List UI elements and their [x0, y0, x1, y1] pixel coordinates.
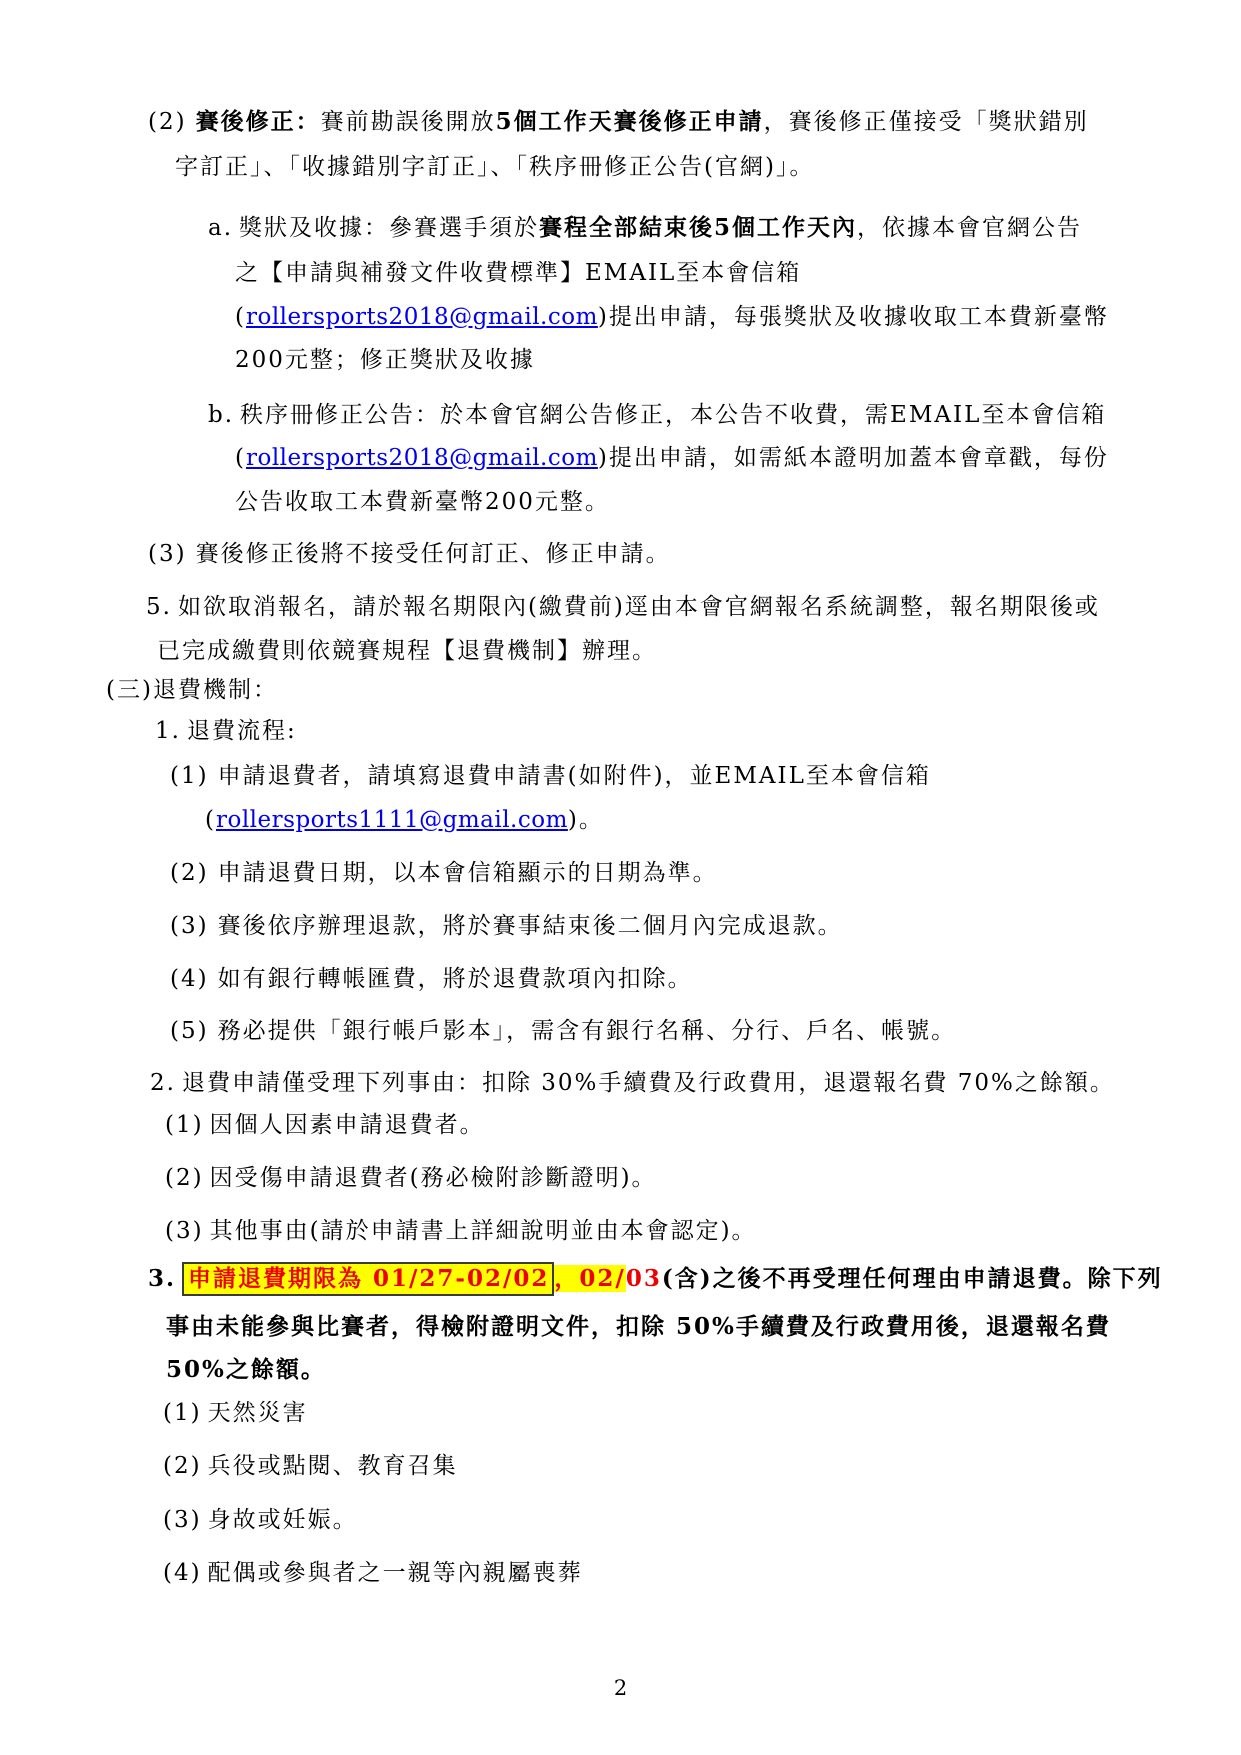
refund-3-line-1: 3.申請退費期限為 01/27-02/02，02/03(含)之後不再受理任何理由… — [148, 1263, 1163, 1295]
paren-open: ( — [235, 304, 246, 330]
refund-1-item-2-label: (2) — [170, 860, 209, 886]
email-link-rollersports2018-b[interactable]: rollersports2018@gmail.com — [246, 445, 598, 471]
refund-3-item-1: (1)天然災害 — [163, 1397, 308, 1429]
item-b-line-1: b.秩序冊修正公告：於本會官網公告修正，本公告不收費，需EMAIL至本會信箱 — [208, 399, 1106, 431]
refund-1-item-5-text: 務必提供「銀行帳戶影本」，需含有銀行名稱、分行、戶名、帳號。 — [218, 1018, 957, 1044]
item-2-cont: 字訂正」、「收據錯別字訂正」、「秩序冊修正公告(官網)」。 — [175, 154, 814, 180]
refund-1-item-1-text: 申請退費者，請填寫退費申請書(如附件)，並EMAIL至本會信箱 — [218, 763, 931, 789]
refund-3-item-2: (2)兵役或點閱、教育召集 — [163, 1450, 458, 1482]
document-page: (2)賽後修正：賽前勘誤後開放5個工作天賽後修正申請，賽後修正僅接受「獎狀錯別 … — [0, 0, 1241, 1755]
refund-1-item-4: (4)如有銀行轉帳匯費，將於退費款項內扣除。 — [170, 963, 693, 995]
refund-2-item-3: (3)其他事由(請於申請書上詳細說明並由本會認定)。 — [165, 1215, 757, 1247]
item-2-line-1: (2)賽後修正：賽前勘誤後開放5個工作天賽後修正申請，賽後修正僅接受「獎狀錯別 — [148, 106, 1089, 138]
refund-1-item-2: (2)申請退費日期，以本會信箱顯示的日期為準。 — [170, 857, 718, 889]
item-2-text: 賽前勘誤後開放 — [321, 109, 496, 135]
refund-3-item-3: (3)身故或妊娠。 — [163, 1504, 358, 1536]
email-link-rollersports2018-a[interactable]: rollersports2018@gmail.com — [246, 304, 598, 330]
refund-1-item-2-text: 申請退費日期，以本會信箱顯示的日期為準。 — [218, 860, 718, 886]
item-a-text-2: ，依據本會官網公告 — [857, 215, 1082, 241]
refund-1-title: 退費流程: — [187, 718, 297, 744]
refund-2-heading: 2.退費申請僅受理下列事由：扣除 30%手續費及行政費用，退還報名費 70%之餘… — [150, 1067, 1115, 1099]
refund-1-item-3-label: (3) — [170, 913, 209, 939]
refund-3-item-4-label: (4) — [163, 1560, 202, 1586]
refund-2-item-2-text: 因受傷申請退費者(務必檢附診斷證明)。 — [210, 1165, 657, 1191]
item-3-label: (3) — [148, 541, 187, 567]
refund-1-item-1-label: (1) — [170, 763, 209, 789]
item-a-line-3: (rollersports2018@gmail.com)提出申請，每張獎狀及收據… — [235, 301, 1109, 333]
item-b-label: b. — [208, 402, 234, 428]
refund-2-label: 2. — [150, 1070, 176, 1096]
item-2-text-tail: ，賽後修正僅接受「獎狀錯別 — [764, 109, 1089, 135]
item-3-line: (3)賽後修正後將不接受任何訂正、修正申請。 — [148, 538, 671, 570]
item-a-text-1: 獎狀及收據：參賽選手須於 — [239, 215, 539, 241]
refund-3-item-2-text: 兵役或點閱、教育召集 — [208, 1453, 458, 1479]
refund-1-item-4-text: 如有銀行轉帳匯費，將於退費款項內扣除。 — [218, 966, 693, 992]
item-2-label: (2) — [148, 109, 187, 135]
item-a-label: a. — [208, 215, 233, 241]
item-5-label: 5. — [146, 594, 172, 620]
item-3-text: 賽後修正後將不接受任何訂正、修正申請。 — [196, 541, 671, 567]
refund-3-item-2-label: (2) — [163, 1453, 202, 1479]
email-link-rollersports1111[interactable]: rollersports1111@gmail.com — [216, 807, 568, 833]
section-3-title: (三)退費機制： — [106, 677, 278, 703]
page-number: 2 — [0, 1676, 1241, 1700]
item-2-bold-days: 5個工作天賽後修正申請 — [496, 108, 764, 135]
refund-3-item-3-text: 身故或妊娠。 — [208, 1507, 358, 1533]
refund-3-item-1-label: (1) — [163, 1400, 202, 1426]
refund-1-item-1-email-line: (rollersports1111@gmail.com)。 — [205, 804, 604, 836]
item-b-line-2: (rollersports2018@gmail.com)提出申請，如需紙本證明加… — [235, 442, 1109, 474]
refund-2-item-1-label: (1) — [165, 1112, 204, 1138]
refund-1-heading: 1.退費流程: — [155, 715, 297, 747]
refund-3-item-4: (4)配偶或參與者之一親等內親屬喪葬 — [163, 1557, 583, 1589]
refund-3-item-1-text: 天然災害 — [208, 1400, 308, 1426]
item-2-line-2: 字訂正」、「收據錯別字訂正」、「秩序冊修正公告(官網)」。 — [175, 151, 814, 183]
item-b-cont-2: 公告收取工本費新臺幣200元整。 — [235, 489, 610, 515]
refund-2-item-1: (1)因個人因素申請退費者。 — [165, 1109, 485, 1141]
refund-deadline-date: 03 — [626, 1265, 662, 1292]
item-5-text-2: 已完成繳費則依競賽規程【退費機制】辦理。 — [157, 638, 657, 664]
item-b-text-1: 秩序冊修正公告：於本會官網公告修正，本公告不收費，需EMAIL至本會信箱 — [240, 402, 1106, 428]
refund-3-line-3: 50%之餘額。 — [166, 1354, 326, 1386]
item-a-bold: 賽程全部結束後5個工作天內 — [539, 214, 857, 241]
item-2-bold-head: 賽後修正： — [196, 108, 321, 135]
item-a-line-4: 200元整；修正獎狀及收據 — [235, 344, 535, 376]
refund-2-item-1-text: 因個人因素申請退費者。 — [210, 1112, 485, 1138]
section-3-heading: (三)退費機制： — [106, 674, 278, 706]
refund-3-line-2: 事由未能參與比賽者，得檢附證明文件，扣除 50%手續費及行政費用後，退還報名費 — [166, 1311, 1111, 1343]
item-5-text-1: 如欲取消報名，請於報名期限內(繳費前)逕由本會官網報名系統調整，報名期限後或 — [178, 594, 1100, 620]
refund-2-item-3-label: (3) — [165, 1218, 204, 1244]
refund-2-title: 退費申請僅受理下列事由：扣除 30%手續費及行政費用，退還報名費 70%之餘額。 — [182, 1070, 1115, 1096]
refund-1-item-5: (5)務必提供「銀行帳戶影本」，需含有銀行名稱、分行、戶名、帳號。 — [170, 1015, 956, 1047]
item-5-line-1: 5.如欲取消報名，請於報名期限內(繳費前)逕由本會官網報名系統調整，報名期限後或 — [146, 591, 1100, 623]
refund-deadline-highlight: ，02/ — [554, 1265, 625, 1292]
item-a-line-2: 之【申請與補發文件收費標準】EMAIL至本會信箱 — [235, 257, 801, 289]
refund-1-item-1-email-tail: )。 — [568, 807, 604, 833]
refund-1-item-3: (3)賽後依序辦理退款，將於賽事結束後二個月內完成退款。 — [170, 910, 843, 942]
refund-3-item-4-text: 配偶或參與者之一親等內親屬喪葬 — [208, 1560, 583, 1586]
refund-2-item-2: (2)因受傷申請退費者(務必檢附診斷證明)。 — [165, 1162, 657, 1194]
item-a-cont-1: 之【申請與補發文件收費標準】EMAIL至本會信箱 — [235, 260, 801, 286]
refund-2-item-3-text: 其他事由(請於申請書上詳細說明並由本會認定)。 — [210, 1218, 757, 1244]
paren-open: ( — [235, 445, 246, 471]
item-b-line-3: 公告收取工本費新臺幣200元整。 — [235, 486, 610, 518]
refund-3-text-2: 事由未能參與比賽者，得檢附證明文件，扣除 50%手續費及行政費用後，退還報名費 — [166, 1313, 1111, 1340]
refund-1-item-4-label: (4) — [170, 966, 209, 992]
item-a-line-1: a.獎狀及收據：參賽選手須於賽程全部結束後5個工作天內，依據本會官網公告 — [208, 212, 1082, 244]
refund-3-label: 3. — [148, 1265, 176, 1292]
refund-1-item-5-label: (5) — [170, 1018, 209, 1044]
refund-3-text-3: 50%之餘額。 — [166, 1356, 326, 1383]
refund-2-item-2-label: (2) — [165, 1165, 204, 1191]
item-5-line-2: 已完成繳費則依競賽規程【退費機制】辦理。 — [157, 635, 657, 667]
item-b-cont-1: )提出申請，如需紙本證明加蓋本會章戳，每份 — [598, 445, 1109, 471]
item-a-cont-2: )提出申請，每張獎狀及收據收取工本費新臺幣 — [598, 304, 1109, 330]
refund-1-item-3-text: 賽後依序辦理退款，將於賽事結束後二個月內完成退款。 — [218, 913, 843, 939]
refund-3-text-1: (含)之後不再受理任何理由申請退費。除下列 — [662, 1265, 1163, 1292]
item-a-cont-3: 200元整；修正獎狀及收據 — [235, 347, 535, 373]
paren-open: ( — [205, 807, 216, 833]
refund-1-label: 1. — [155, 718, 181, 744]
refund-1-item-1: (1)申請退費者，請填寫退費申請書(如附件)，並EMAIL至本會信箱 — [170, 760, 931, 792]
refund-deadline-boxed: 申請退費期限為 01/27-02/02 — [182, 1262, 554, 1296]
refund-3-item-3-label: (3) — [163, 1507, 202, 1533]
